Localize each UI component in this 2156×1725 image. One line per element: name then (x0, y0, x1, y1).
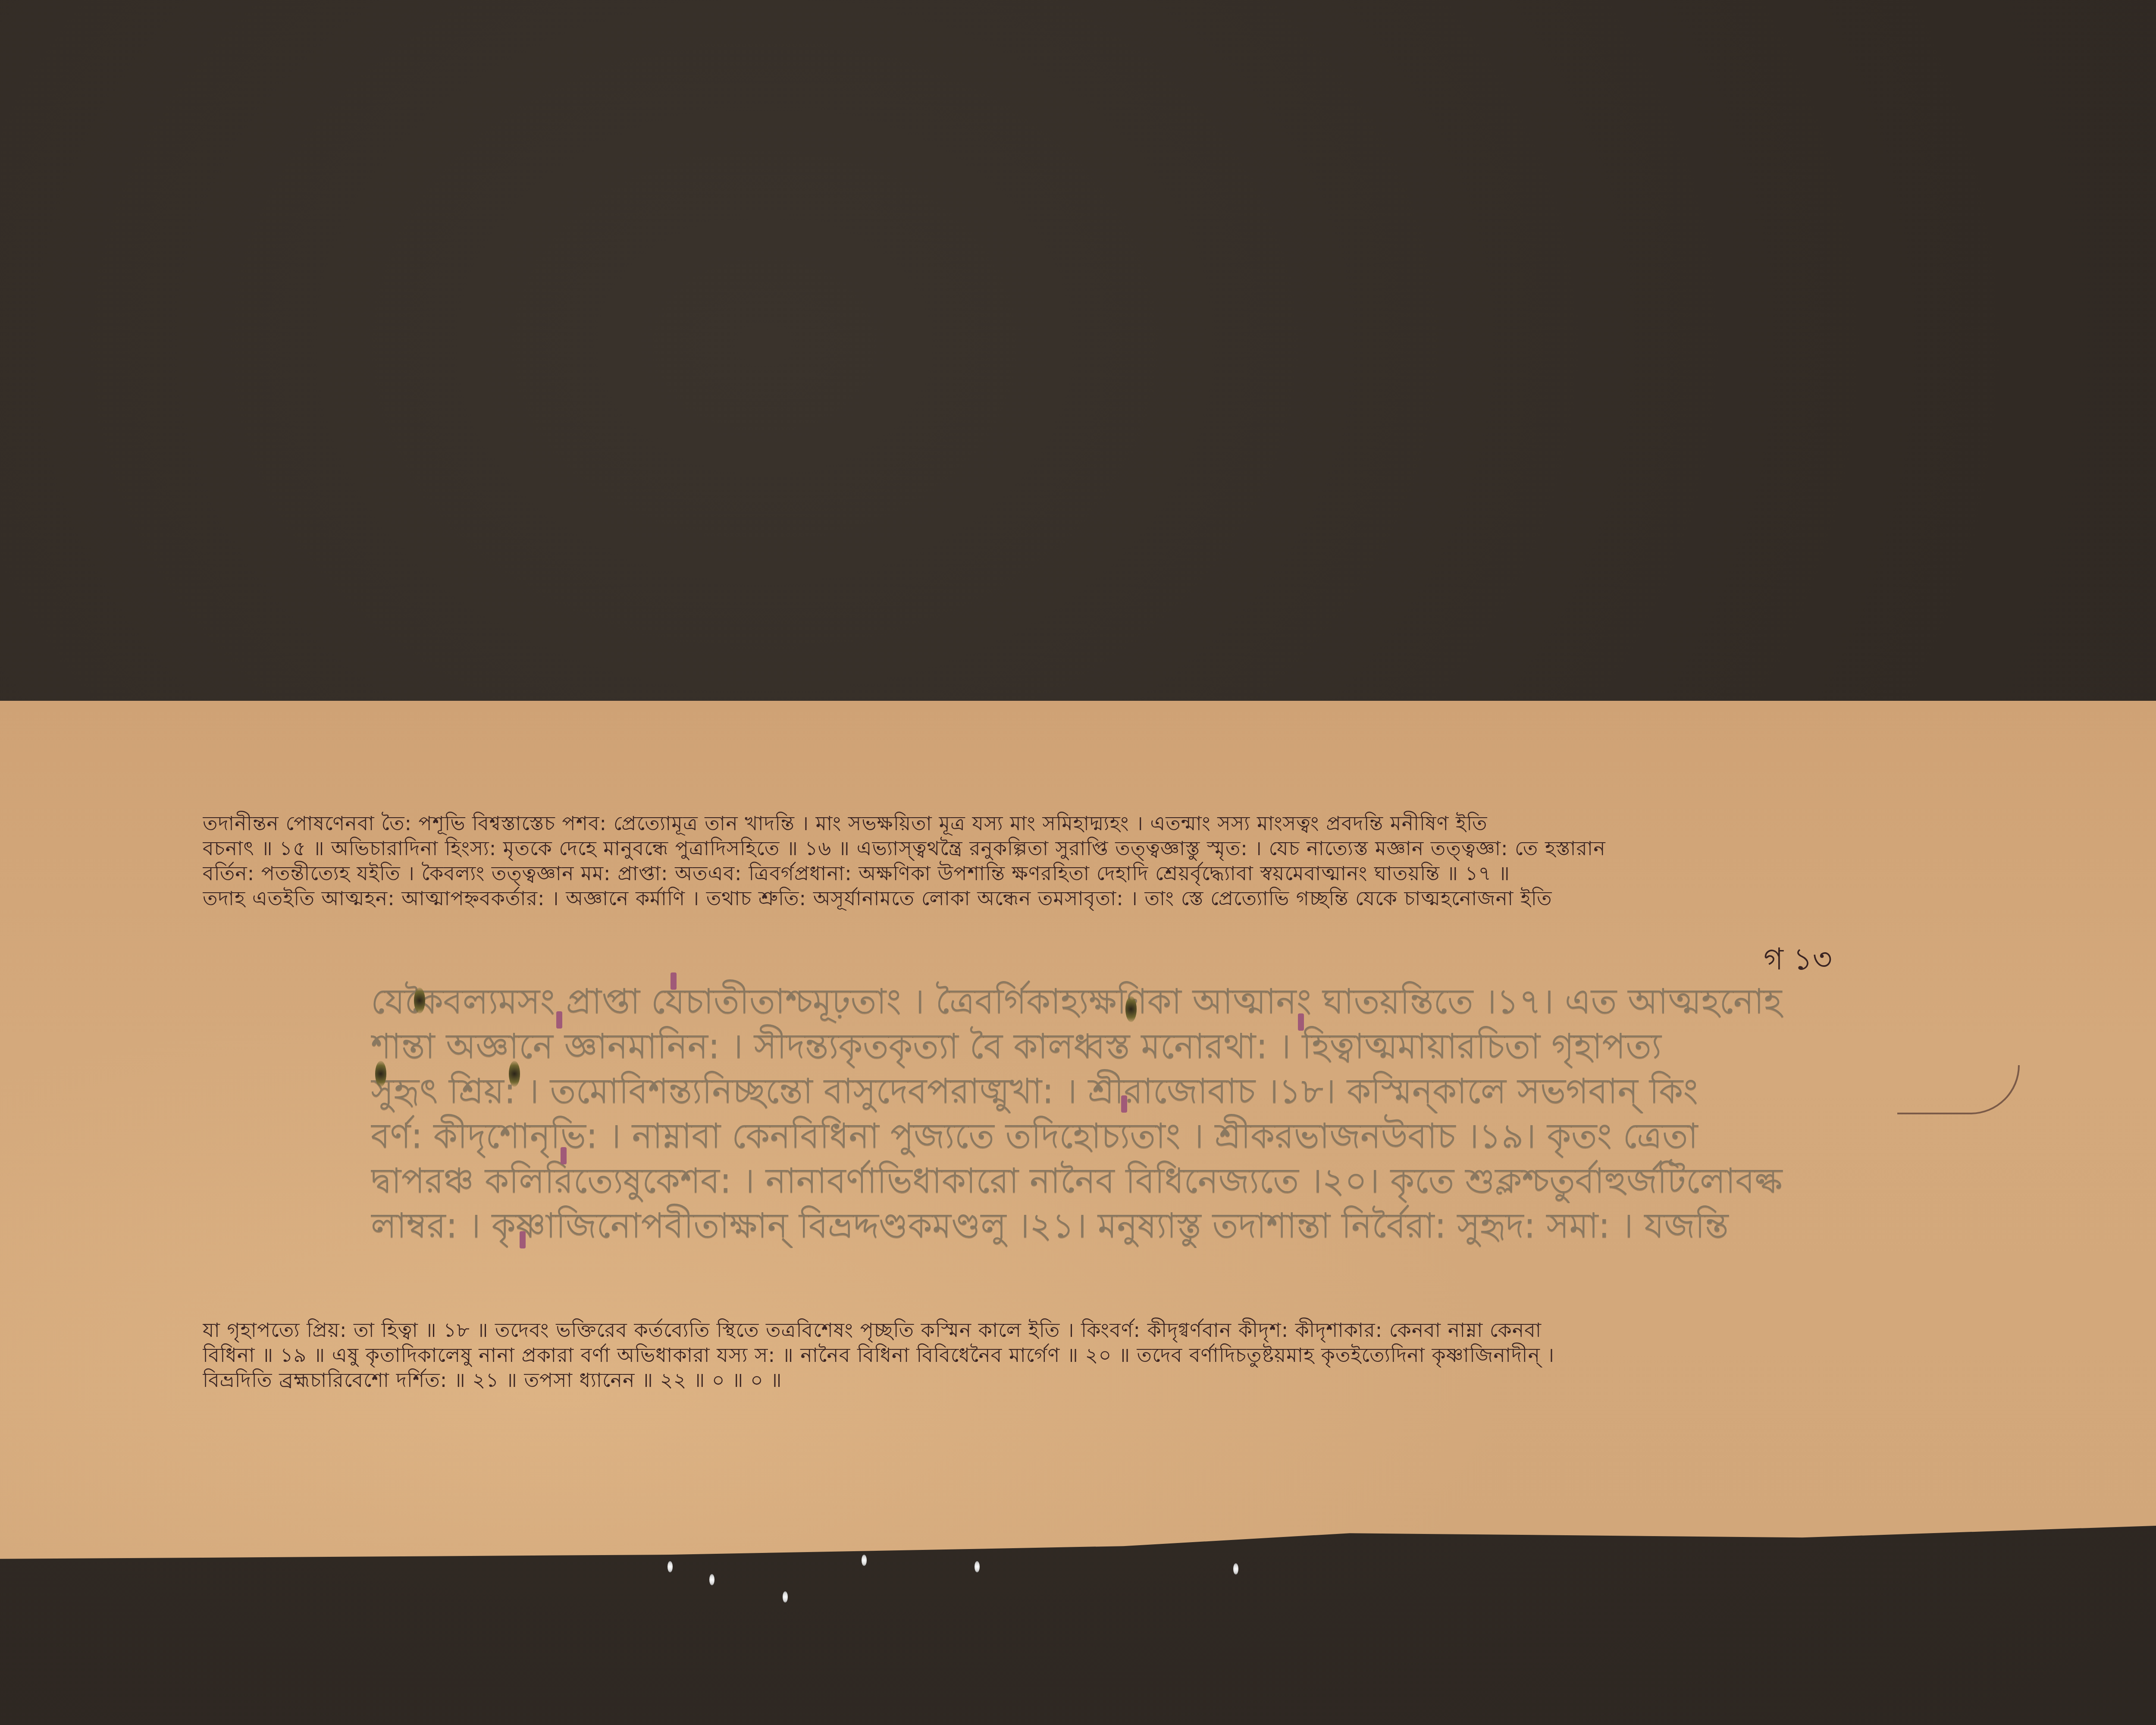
top-commentary: তদানীন্তন পোষণেনবা তৈ: পশূভি বিশ্বস্তাস্… (203, 811, 2100, 911)
commentary-line: তদাহ এতইতি আত্মহন: আত্মাপহ্নবকর্তার: । অ… (203, 886, 2100, 911)
mounting-pin (667, 1561, 673, 1572)
verse-line: দ্বাপরঞ্চ কলিরিত্যেষুকেশব: । নানাবর্ণাভি… (371, 1158, 1923, 1203)
ink-blot (375, 1061, 386, 1087)
verse-line: শান্তা অজ্ঞানে জ্ঞানমানিন: । সীদন্ত্যকৃত… (371, 1024, 1923, 1069)
verse-line: সুহৃৎ শ্রিয়: । তমোবিশন্ত্যনিচ্ছন্তো বাস… (371, 1069, 1923, 1113)
commentary-line: বচনাৎ ॥ ১৫ ॥ অভিচারাদিনা হিংস্য: মৃতকে দ… (203, 836, 2100, 861)
mounting-pin (783, 1591, 788, 1603)
mounting-pin (1233, 1563, 1238, 1574)
rubric-mark (671, 972, 677, 990)
mounting-pin (975, 1561, 980, 1572)
rubric-mark (561, 1147, 567, 1164)
ink-blot (414, 988, 425, 1013)
ink-blot (509, 1061, 520, 1087)
bottom-commentary: যা গৃহাপত্যে প্রিয়: তা হিত্বা ॥ ১৮ ॥ তদ… (203, 1317, 2100, 1393)
commentary-line: যা গৃহাপত্যে প্রিয়: তা হিত্বা ॥ ১৮ ॥ তদ… (203, 1317, 2100, 1342)
ink-blot (1125, 996, 1137, 1022)
mounting-pin (862, 1555, 867, 1566)
verse-line: লাম্বর: । কৃষ্ণাজিনোপবীতাক্ষান্‌ বিভ্রদ্… (371, 1203, 1923, 1248)
commentary-line: তদানীন্তন পোষণেনবা তৈ: পশূভি বিশ্বস্তাস্… (203, 811, 2100, 836)
mounting-pin (709, 1574, 714, 1585)
verse-line: যেকৈবল্যমসং প্রাপ্তা যেচাতীতাশ্চমূঢ়তাং … (371, 979, 1923, 1024)
main-verse-block: যেকৈবল্যমসং প্রাপ্তা যেচাতীতাশ্চমূঢ়তাং … (371, 979, 1923, 1248)
commentary-line: বিধিনা ॥ ১৯ ॥ এষু কৃতাদিকালেষু নানা প্রক… (203, 1342, 2100, 1367)
rubric-mark (520, 1231, 526, 1248)
verse-line: বর্ণ: কীদৃশোনৃভি: । নাম্নাবা কেনবিধিনা প… (371, 1113, 1923, 1158)
commentary-line: বর্তিন: পতন্তীত্যেহ যইতি । কৈবল্যং তত্ত্… (203, 861, 2100, 886)
rubric-mark (1121, 1095, 1127, 1113)
commentary-line: বিভ্রদিতি ব্রহ্মচারিবেশো দর্শিত: ॥ ২১ ॥ … (203, 1367, 2100, 1393)
rubric-mark (1298, 1013, 1304, 1031)
rubric-mark (556, 1011, 562, 1029)
